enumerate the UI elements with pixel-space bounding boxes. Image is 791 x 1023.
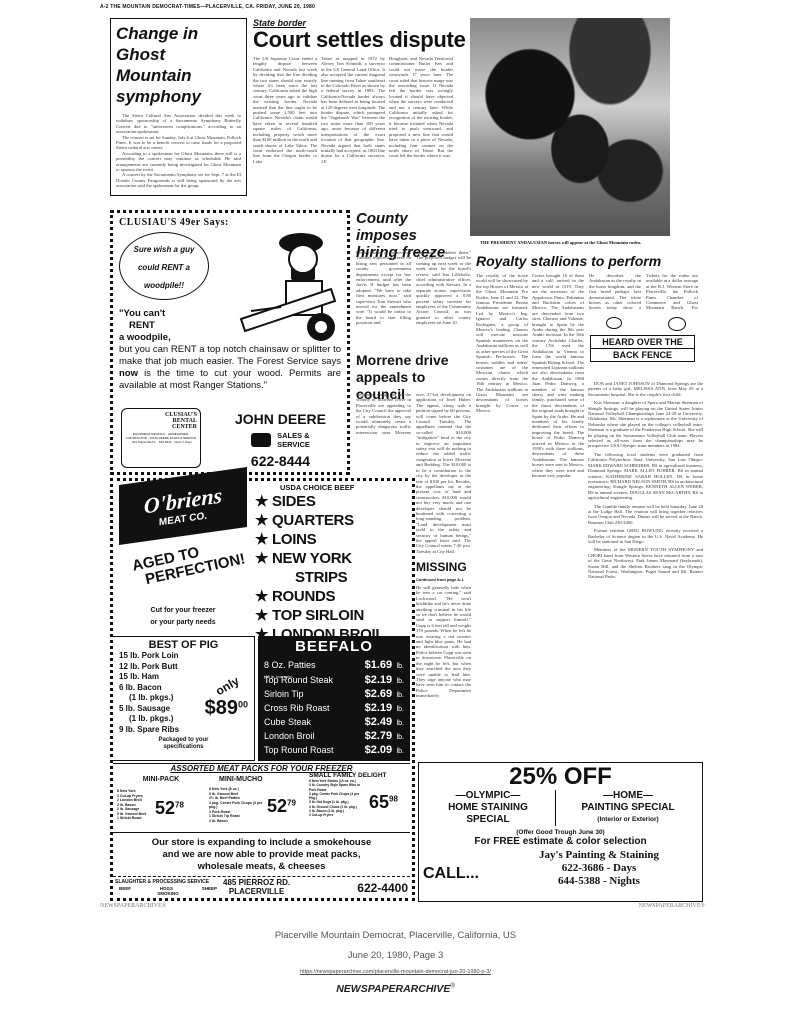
bird-icon [668,317,686,331]
pack-item: 3 pkg. Center Pork Chops (4 per Pkg.) [309,792,367,801]
column: The royalty of the horse world will be s… [476,273,528,523]
item-name: London Broil [264,731,315,741]
article-body: He will generally hide when he sees a ca… [416,585,471,755]
column: then have to delete them." The proposed … [416,250,471,335]
item-name: Cube Steak [264,717,311,727]
sales-label: SALES & [277,431,310,440]
beefalo-row: Top Round Roast$2.09 lb. [258,740,410,754]
small-family-delight: SMALL FAMILY DELIGHT 8 New York Steaks (… [309,772,409,818]
article-ghost-mountain: Change in Ghost Mountain symphony The Si… [110,18,247,196]
tagline: Cut for your freezer or your party needs [123,605,243,629]
divider [555,790,557,826]
paragraph: The Sierra Cultural Arts Association dec… [116,113,241,135]
bird-icon [606,317,622,329]
continued-line: Continued from page A-1 [416,577,471,582]
item-price: $2.09 lb. [365,740,404,758]
pack-price: 6598 [369,792,398,813]
headline: MISSING [416,560,471,574]
column: Residents along and in the vicinity of M… [356,392,411,436]
watermark-left: NEWSPAPERARCHIVE® [100,903,166,909]
item-label: QUARTERS [272,512,354,529]
service-address-bar: SLAUGHTER & PROCESSING SERVICE BEEF HOGS… [113,876,410,898]
archive-brand: NEWSPAPERARCHIVE® [0,983,791,995]
phone-days: 622-3686 - Days [499,862,699,875]
usda-item: ★ NEW YORK [255,549,410,568]
special-line: PAINTING SPECIAL [558,802,698,814]
beefalo-row: London Broil$2.79 lb. [258,726,410,740]
rental-center-logo: CLUSIAU'S RENTAL CENTER EQUIPMENT RENTAL… [121,408,201,468]
offer-terms: (Offer Good Trough June 30) [419,829,702,836]
box-title: BEST OF PIG [119,639,248,651]
usda-item: ★ QUARTERS [255,511,410,530]
specials-row: —OLYMPIC— HOME STAINING SPECIAL —HOME— P… [419,790,702,826]
pack-title: SMALL FAMILY DELIGHT [309,772,409,779]
price-cents: 79 [287,799,296,808]
item-name: Cross Rib Roast [264,703,330,713]
business-name: Jay's Painting & Staining [499,849,699,862]
column: Tahoe as mapped in 1872 by Alexey Von Sc… [321,56,385,221]
paragraph: The concert is set for Sunday, July 6 at… [116,135,241,151]
notice-line: Our store is expanding to include a smok… [113,837,410,849]
john-deere-block: JOHN DEERE SALES & SERVICE 622-8444 [218,411,343,469]
expanding-notice: Our store is expanding to include a smok… [113,837,410,873]
paragraph: DON and JANET JOHNSON of Diamond Springs… [588,381,703,397]
usda-choice-list: USDA CHOICE BEEF ★ SIDES ★ QUARTERS ★ LO… [255,483,410,644]
usda-header: USDA CHOICE BEEF [255,483,410,492]
article-hiring-freeze: County imposes hiring freeze County Boar… [356,210,471,340]
column: Cortez brought 16 of them and a calf, ar… [532,273,584,523]
pack-title: MINI-MUCHO [209,776,309,783]
pack-item: 2 lb. Bacon [209,819,264,824]
column: acre, 27-lot development on application … [416,392,471,557]
price-cents: 78 [175,801,184,810]
best-of-pig-box: BEST OF PIG 15 lb. Pork Loin 12 lb. Pork… [113,636,255,761]
usda-item: ★ LOINS [255,530,410,549]
column: County Board of Supervisors Tuesday impo… [356,250,411,335]
lumberjack-illustration [231,219,341,349]
phone-number: 622-8444 [218,453,343,469]
quote-emphasis: now [119,368,138,379]
column: Houghton, and Nevada Territorial commiss… [389,56,453,221]
mini-mucho: MINI-MUCHO 8 New York (8 oz.) 5 lb. Grou… [209,776,309,823]
pack-item: 3 pkg. Center Pork Chops (4 per pkg.) [209,801,264,810]
item-label: TOP SIRLOIN [272,607,364,624]
fence-banner: HEARD OVER THE BACK FENCE [590,335,695,362]
archive-footer: Placerville Mountain Democrat, Placervil… [0,930,791,995]
special-line: HOME STAINING [423,802,553,814]
pack-item: 3 lb. Country Style Spare Ribs or Pork R… [309,783,367,792]
headline-line: County imposes [356,210,471,244]
item-name: Sirloin Tip [264,689,304,699]
usda-item: STRIPS [255,568,410,587]
price-cents: 98 [389,795,398,804]
meat-packs: ASSORTED MEAT PACKS FOR YOUR FREEZER MIN… [113,763,410,833]
item-label: SIDES [272,493,316,510]
beefalo-row: 8 Oz. Patties(10 lb. box only) $1.69 lb. [258,655,410,670]
beefalo-box: BEEFALO 8 Oz. Patties(10 lb. box only) $… [258,636,410,761]
pack-items: 8 New York (8 oz.) 5 lb. Ground Beef 2½ … [209,787,264,823]
call-label: CALL... [423,865,479,883]
pack-items: 8 New York Steaks (10 oz. ea.) 3 lb. Cou… [309,779,367,818]
paragraph: Kris Sherman, a daughter of Spero and Ma… [588,400,703,449]
item-label: STRIPS [295,569,347,586]
back-fence-illustration: HEARD OVER THE BACK FENCE [588,315,703,375]
beefalo-row: Sirloin Tip$2.69 lb. [258,684,410,698]
date-page: June 20, 1980, Page 3 [0,950,791,961]
pack-item: 3 Cut-up Fryers [309,813,367,817]
pig-item: 15 lb. Pork Loin [119,651,248,662]
usda-item: ★ TOP SIRLOIN [255,606,410,625]
pack-price: 5278 [155,798,184,819]
estimate-line: For FREE estimate & color selection [419,836,702,847]
paragraph: Members of the MODERN YOUTH SYMPHONY and… [588,547,703,579]
notice-line: and we are now able to provide meat pack… [113,849,410,861]
deere-logo-row: SALES & SERVICE [218,431,343,449]
sales-service: SALES & SERVICE [277,431,310,449]
address-line: 485 PIERROZ RD. [223,878,290,887]
service-items: BEEF HOGS SHEEP SMOKING [119,886,217,896]
pig-price: $8900 [205,697,248,720]
column-body: DON and JANET JOHNSON of Diamond Springs… [588,381,703,756]
address: 485 PIERROZ RD. PLACERVILLE [223,878,290,896]
special-line: SPECIAL [423,814,553,826]
price-dollars: $89 [205,697,238,719]
notice-line: wholesale meats, & cheeses [113,861,410,873]
pack-item: 1 Sirloin Roast [117,816,152,821]
price-dollars: 65 [369,792,389,812]
home-painting-special: —HOME— PAINTING SPECIAL (Interior or Ext… [558,790,698,826]
price-unit: lb. [397,748,404,755]
newspaper-page: A-2 THE MOUNTAIN DEMOCRAT-TIMES—PLACERVI… [100,0,705,905]
watermark-right: NEWSPAPERARCHIVE® [639,903,705,909]
item-label: ROUNDS [272,588,335,605]
beefalo-row: Cube Steak$2.49 lb. [258,712,410,726]
item-name: Top Round Steak [264,675,333,685]
archive-url-link[interactable]: https://newspaperarchive.com/placerville… [0,969,791,975]
publication-name: Placerville Mountain Democrat, Placervil… [0,930,791,941]
tagline-line: Cut for your freezer [123,605,243,617]
quote-body: but you can RENT a top notch chainsaw or… [119,344,341,392]
paragraph: A concert by the Sacramento Symphony set… [116,172,241,188]
paragraph: According to a spokesman for Ghost Mount… [116,151,241,173]
footer-line: Packaged to your [119,737,248,744]
logo-text: CENTER [125,424,197,430]
headline: Court settles dispute [253,28,453,52]
deer-logo-icon [251,433,271,447]
special-line: —OLYMPIC— [423,790,553,802]
mini-pack: MINI-PACK 8 New York 3 Cut-up Fryers 2 L… [117,776,205,821]
pig-item: 9 lb. Spare Ribs [119,725,248,736]
rodeo-horse-photo [470,18,670,236]
speech-bubble: Sure wish a guy could RENT a woodpile!! [119,232,209,300]
paragraph: Former resident GREG BOWLING recently re… [588,528,703,544]
column: He describes the Andalusian as the royal… [589,273,641,311]
pig-item: 12 lb. Pork Butt [119,662,248,673]
usda-item: ★ SIDES [255,492,410,511]
banner-line: BACK FENCE [591,349,694,361]
column: The US Supreme Court ended a lengthy dis… [253,56,317,221]
article-court-dispute: State border Court settles dispute The U… [253,18,453,223]
brand-name: NEWSPAPERARCHIVE [336,983,450,995]
photo-caption: THE PRESIDENT ANDALUSIAN horses will app… [480,240,665,245]
service-label: SERVICE [277,440,310,449]
pack-items: 8 New York 3 Cut-up Fryers 2 London Broi… [117,789,152,821]
address-line: PLACERVILLE [223,887,290,896]
brand-name: JOHN DEERE [218,411,343,427]
item-label: LOINS [272,531,316,548]
headline-line: Morrene drive [356,352,471,369]
discount-headline: 25% OFF [419,763,702,790]
price-dollars: 52 [267,796,287,816]
beefalo-row: Cross Rib Roast$2.19 lb. [258,698,410,712]
column-back-fence: HEARD OVER THE BACK FENCE DON and JANET … [588,315,703,755]
pig-footer: Packaged to your specifications [119,737,248,751]
olympic-special: —OLYMPIC— HOME STAINING SPECIAL [423,790,553,826]
tagline-line: or your party needs [123,617,243,629]
item-name: Top Round Roast [264,745,334,755]
paragraph: The following local students were gradua… [588,452,703,501]
logo-fineprint: EQUIPMENT RENTALS · HOMEOWNER-CONTRACTOR… [125,432,197,444]
masthead: A-2 THE MOUNTAIN DEMOCRAT-TIMES—PLACERVI… [100,4,315,10]
price-cents: 00 [238,700,248,710]
price-unit: lb. [397,663,404,670]
business-info: Jay's Painting & Staining 622-3686 - Day… [499,849,699,888]
ad-clusiau-rental: CLUSIAU'S 49er Says: Sure wish a guy cou… [110,210,350,475]
headline: Change in Ghost Mountain symphony [116,23,241,107]
pack-price: 5279 [267,796,296,817]
logo-banner: O'briens MEAT CO. [119,467,247,545]
headline: Royalty stallions to perform [476,253,701,269]
usda-item: ★ ROUNDS [255,587,410,606]
article-body: The Sierra Cultural Arts Association dec… [116,113,241,189]
price-dollars: 52 [155,798,175,818]
banner-line: HEARD OVER THE [591,336,694,349]
item-name: 8 Oz. Patties [264,660,316,670]
box-title: BEEFALO [258,638,410,655]
special-line: (Interior or Exterior) [558,814,698,826]
column: Tickets for the rodeo are available at a… [646,273,698,311]
item-label: NEW YORK [272,550,352,567]
pack-title: MINI-PACK [117,776,205,783]
ad-obriens-meat: O'briens MEAT CO. AGED TO PERFECTION! Cu… [110,478,415,901]
contact-block: CALL... Jay's Painting & Staining 622-36… [419,847,702,897]
bubble-text: Sure wish a guy could RENT a woodpile!! [134,245,195,290]
ad-jays-painting: 25% OFF —OLYMPIC— HOME STAINING SPECIAL … [418,762,703,902]
service-item: SMOKING [119,891,217,896]
phone-nights: 644-5388 - Nights [499,875,699,888]
service-header: SLAUGHTER & PROCESSING SERVICE [115,879,209,885]
price-value: $2.09 [365,744,393,756]
footer-line: specifications [119,744,248,751]
registered-mark: ® [450,984,454,990]
paragraph: The Gamble family reunion will be held S… [588,504,703,526]
quote-text: is the time to cut your wood. Permits ar… [119,368,341,391]
article-missing: MISSING Continued from page A-1 He will … [416,560,471,755]
phone-number: 622-4400 [357,881,408,895]
special-line: —HOME— [558,790,698,802]
